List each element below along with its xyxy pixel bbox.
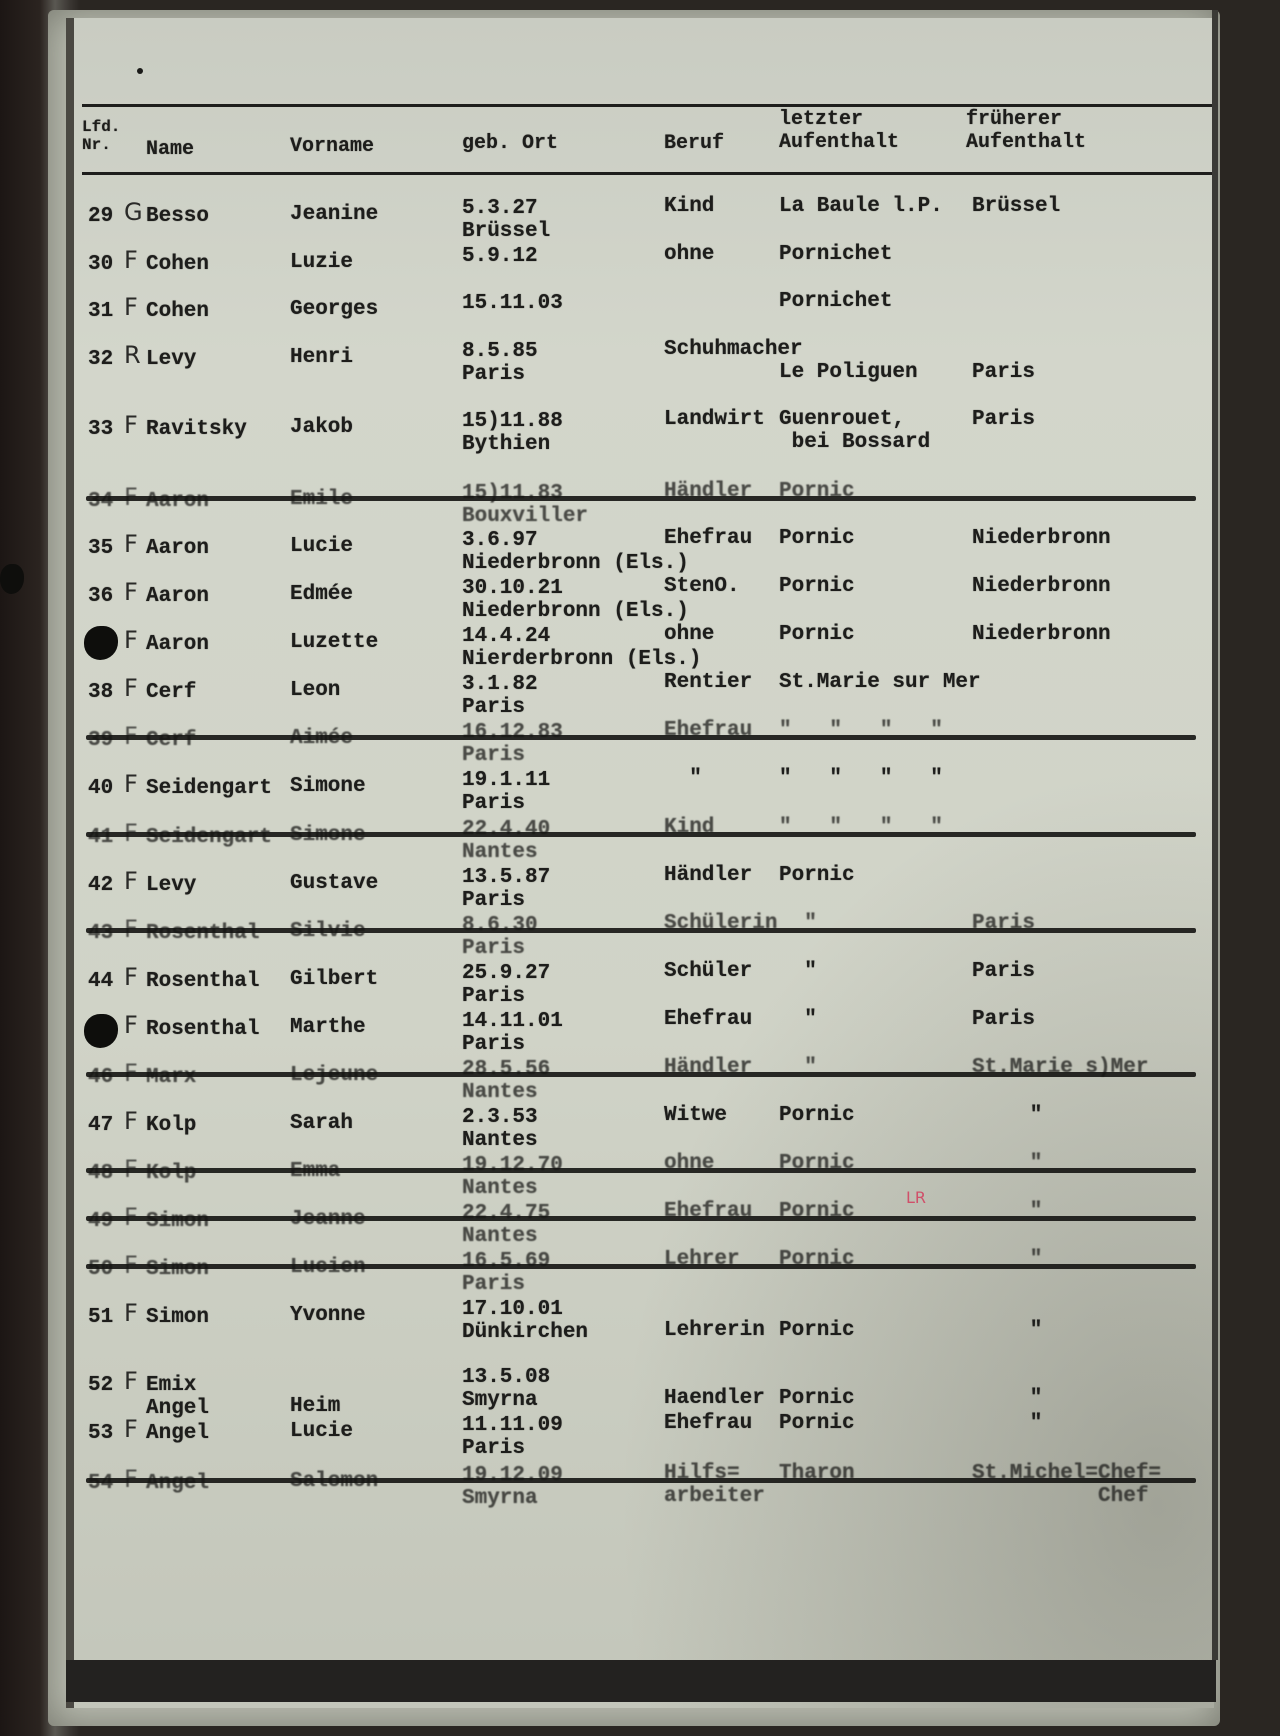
header-nr: Lfd. Nr.	[82, 118, 120, 154]
surname-cell: Seidengart	[146, 826, 272, 849]
header-top-rule	[82, 104, 1212, 107]
row-number: 35	[88, 537, 113, 560]
document-page	[66, 18, 1214, 1708]
surname-cell: Levy	[146, 874, 196, 897]
previous-residence-cell: Niederbronn	[972, 527, 1111, 550]
surname-cell: Kolp	[146, 1162, 196, 1185]
previous-residence-cell: "	[992, 1412, 1042, 1435]
handwritten-mark: F	[124, 581, 138, 604]
last-residence-cell: "	[779, 960, 817, 983]
occupation-cell: ohne	[664, 623, 714, 646]
handwritten-mark: F	[124, 1302, 138, 1325]
birth-date-place-cell: 13.5.08 Smyrna	[462, 1366, 550, 1412]
birth-date-place-cell: 3.6.97 Niederbronn (Els.)	[462, 529, 689, 575]
previous-residence-cell: "	[992, 1104, 1042, 1127]
header-frueherer-aufenthalt: früherer Aufenthalt	[966, 108, 1086, 154]
handwritten-mark: F	[124, 533, 138, 556]
birth-date-place-cell: 15)11.88 Bythien	[462, 410, 563, 456]
handwritten-mark: F	[124, 1418, 138, 1441]
surname-cell: Besso	[146, 205, 209, 228]
birth-date-place-cell: 11.11.09 Paris	[462, 1414, 563, 1460]
birth-date-place-cell: 8.6.30 Paris	[462, 914, 538, 960]
birth-date-place-cell: 15.11.03	[462, 292, 563, 315]
surname-cell: Rosenthal	[146, 922, 259, 945]
handwritten-mark: F	[124, 414, 138, 437]
previous-residence-cell: Niederbronn	[972, 623, 1111, 646]
row-number: 29	[88, 205, 113, 228]
strike-through-line	[86, 735, 1196, 740]
header-letzter-aufenthalt: letzter Aufenthalt	[779, 108, 899, 154]
occupation-cell: Schüler	[664, 960, 752, 983]
first-name-cell: Lucie	[290, 1420, 353, 1443]
surname-cell: Rosenthal	[146, 1018, 259, 1041]
film-edge	[1212, 10, 1218, 1660]
birth-date-place-cell: 16.5.69 Paris	[462, 1250, 550, 1296]
surname-cell: Kolp	[146, 1114, 196, 1137]
last-residence-cell: Guenrouet, bei Bossard	[779, 408, 930, 454]
row-number: 34	[88, 490, 113, 513]
occupation-cell: Ehefrau	[664, 1008, 752, 1031]
row-number: 38	[88, 681, 113, 704]
last-residence-cell: Pornichet	[779, 243, 892, 266]
last-residence-cell: Pornic	[779, 575, 855, 598]
surname-cell: Seidengart	[146, 777, 272, 800]
birth-date-place-cell: 19.12.09 Smyrna	[462, 1464, 563, 1510]
surname-cell: Simon	[146, 1210, 209, 1233]
strike-through-line	[86, 832, 1196, 837]
birth-date-place-cell: 16.12.83 Paris	[462, 721, 563, 767]
previous-residence-cell: Paris	[972, 1008, 1035, 1031]
strike-through-line	[86, 1216, 1196, 1221]
birth-date-place-cell: 8.5.85 Paris	[462, 340, 538, 386]
last-residence-cell: Pornic	[779, 1104, 855, 1127]
row-number: 43	[88, 922, 113, 945]
handwritten-mark: F	[124, 1014, 138, 1037]
handwritten-mark: F	[124, 1110, 138, 1133]
previous-residence-cell: "	[992, 1296, 1042, 1342]
row-number: 32	[88, 348, 113, 371]
last-residence-cell: St.Marie sur Mer	[779, 671, 981, 694]
row-number: 33	[88, 418, 113, 441]
header-geb-ort: geb. Ort	[462, 132, 558, 155]
first-name-cell: Leon	[290, 679, 340, 702]
first-name-cell: Jeanine	[290, 203, 378, 226]
occupation-cell: Haendler	[664, 1364, 765, 1410]
first-name-cell: Sarah	[290, 1112, 353, 1135]
handwritten-mark: G	[124, 201, 143, 224]
handwritten-mark: F	[124, 870, 138, 893]
handwritten-mark: F	[124, 296, 138, 319]
first-name-cell: Yvonne	[290, 1304, 366, 1327]
first-name-cell: Georges	[290, 298, 378, 321]
handwritten-mark: F	[124, 677, 138, 700]
birth-date-place-cell: 5.9.12	[462, 245, 538, 268]
surname-cell: Ravitsky	[146, 418, 247, 441]
last-residence-cell: Pornichet	[779, 290, 892, 313]
surname-cell: Aaron	[146, 490, 209, 513]
row-number: 52	[88, 1374, 113, 1397]
last-residence-cell: Pornic	[779, 527, 855, 550]
strike-through-line	[86, 1168, 1196, 1173]
previous-residence-cell: Niederbronn	[972, 575, 1111, 598]
last-residence-cell: " " " "	[779, 767, 943, 790]
bottom-border-band	[66, 1660, 1216, 1702]
surname-cell: Rosenthal	[146, 970, 259, 993]
row-number: 54	[88, 1472, 113, 1495]
birth-date-place-cell: 13.5.87 Paris	[462, 866, 550, 912]
surname-cell: Marx	[146, 1066, 196, 1089]
surname-cell: Simon	[146, 1306, 209, 1329]
row-number: 30	[88, 253, 113, 276]
surname-cell: Angel	[146, 1472, 209, 1495]
last-residence-cell: "	[779, 1008, 817, 1031]
birth-date-place-cell: 28.5.56 Nantes	[462, 1058, 550, 1104]
last-residence-cell: Pornic	[779, 623, 855, 646]
surname-cell: Cerf	[146, 681, 196, 704]
surname-cell: Simon	[146, 1258, 209, 1281]
row-number: 40	[88, 777, 113, 800]
first-name-cell: Jakob	[290, 416, 353, 439]
surname-cell: Aaron	[146, 585, 209, 608]
birth-date-place-cell: 5.3.27 Brüssel	[462, 197, 550, 243]
last-residence-cell: La Baule l.P.	[779, 195, 943, 218]
strike-through-line	[86, 1264, 1196, 1269]
previous-residence-cell: Paris	[972, 408, 1035, 431]
surname-cell: Cohen	[146, 253, 209, 276]
first-name-cell: Heim	[290, 1372, 340, 1418]
occupation-cell: Ehefrau	[664, 1412, 752, 1435]
occupation-cell: Lehrerin	[664, 1296, 765, 1342]
row-number: 47	[88, 1114, 113, 1137]
occupation-cell: Händler	[664, 864, 752, 887]
row-number: 46	[88, 1066, 113, 1089]
surname-cell: Angel	[146, 1422, 209, 1445]
row-number: 44	[88, 970, 113, 993]
row-number: 48	[88, 1162, 113, 1185]
last-residence-cell: Pornic	[779, 864, 855, 887]
surname-cell: Cohen	[146, 300, 209, 323]
first-name-cell: Lucie	[290, 535, 353, 558]
birth-date-place-cell: 15)11.83 Bouxviller	[462, 482, 588, 528]
occupation-cell: Rentier	[664, 671, 752, 694]
surname-cell: Cerf	[146, 729, 196, 752]
birth-date-place-cell: 2.3.53 Nantes	[462, 1106, 538, 1152]
ink-speck	[137, 68, 143, 74]
birth-date-place-cell: 3.1.82 Paris	[462, 673, 538, 719]
occupation-cell: ohne	[664, 243, 714, 266]
row-number: 53	[88, 1422, 113, 1445]
header-vorname: Vorname	[290, 135, 374, 158]
birth-date-place-cell: 19.12.70 Nantes	[462, 1154, 563, 1200]
row-number: 50	[88, 1258, 113, 1281]
row-number: 49	[88, 1210, 113, 1233]
handwritten-mark: F	[124, 629, 138, 652]
row-number: 36	[88, 585, 113, 608]
first-name-cell: Edmée	[290, 583, 353, 606]
occupation-cell: Landwirt	[664, 408, 765, 431]
last-residence-cell: Le Poliguen	[779, 338, 918, 384]
birth-date-place-cell: 30.10.21 Niederbronn (Els.)	[462, 577, 689, 623]
previous-residence-cell: Paris	[972, 338, 1035, 384]
first-name-cell: Marthe	[290, 1016, 366, 1039]
birth-date-place-cell: 14.11.01 Paris	[462, 1010, 563, 1056]
strike-through-line	[86, 1072, 1196, 1077]
surname-cell: Aaron	[146, 633, 209, 656]
occupation-cell: Witwe	[664, 1104, 727, 1127]
birth-date-place-cell: 25.9.27 Paris	[462, 962, 550, 1008]
last-residence-cell: Pornic	[779, 1364, 855, 1410]
header-bottom-rule	[82, 172, 1212, 175]
birth-date-place-cell: 22.4.40 Nantes	[462, 818, 550, 864]
handwritten-mark: F	[124, 249, 138, 272]
occupation-cell: Ehefrau	[664, 527, 752, 550]
occupation-cell: "	[664, 767, 702, 790]
first-name-cell: Henri	[290, 346, 353, 369]
last-residence-cell: Pornic	[779, 1296, 855, 1342]
first-name-cell: Gustave	[290, 872, 378, 895]
row-number: 42	[88, 874, 113, 897]
previous-residence-cell: Paris	[972, 960, 1035, 983]
handwritten-mark: R	[124, 344, 141, 367]
first-name-cell: Luzette	[290, 631, 378, 654]
occupation-cell: Hilfs= arbeiter	[664, 1462, 765, 1508]
surname-cell: Levy	[146, 348, 196, 371]
surname-cell: Aaron	[146, 537, 209, 560]
previous-residence-cell: St.Michel=Chef= Chef	[972, 1462, 1161, 1508]
header-beruf: Beruf	[664, 132, 724, 155]
handwritten-mark: F	[124, 773, 138, 796]
last-residence-cell: Pornic	[779, 1412, 855, 1435]
previous-residence-cell: "	[992, 1364, 1042, 1410]
row-number: 51	[88, 1306, 113, 1329]
first-name-cell: Luzie	[290, 251, 353, 274]
strike-through-line	[86, 496, 1196, 501]
birth-date-place-cell: 19.1.11 Paris	[462, 769, 550, 815]
first-name-cell: Gilbert	[290, 968, 378, 991]
birth-date-place-cell: 22.4.75 Nantes	[462, 1202, 550, 1248]
handwritten-mark: F	[124, 1370, 138, 1393]
first-name-cell: Simone	[290, 775, 366, 798]
previous-residence-cell: Brüssel	[972, 195, 1060, 218]
strike-through-line	[86, 928, 1196, 933]
red-annotation: LR	[906, 1188, 926, 1207]
row-number: 31	[88, 300, 113, 323]
handwritten-mark: F	[124, 966, 138, 989]
row-number: 39	[88, 729, 113, 752]
occupation-cell: Kind	[664, 195, 714, 218]
surname-cell: Emix Angel	[146, 1374, 209, 1420]
occupation-cell: StenO.	[664, 575, 740, 598]
header-name: Name	[146, 138, 194, 161]
strike-through-line	[86, 1478, 1196, 1483]
row-number: 41	[88, 826, 113, 849]
birth-date-place-cell: 17.10.01 Dünkirchen	[462, 1298, 588, 1344]
